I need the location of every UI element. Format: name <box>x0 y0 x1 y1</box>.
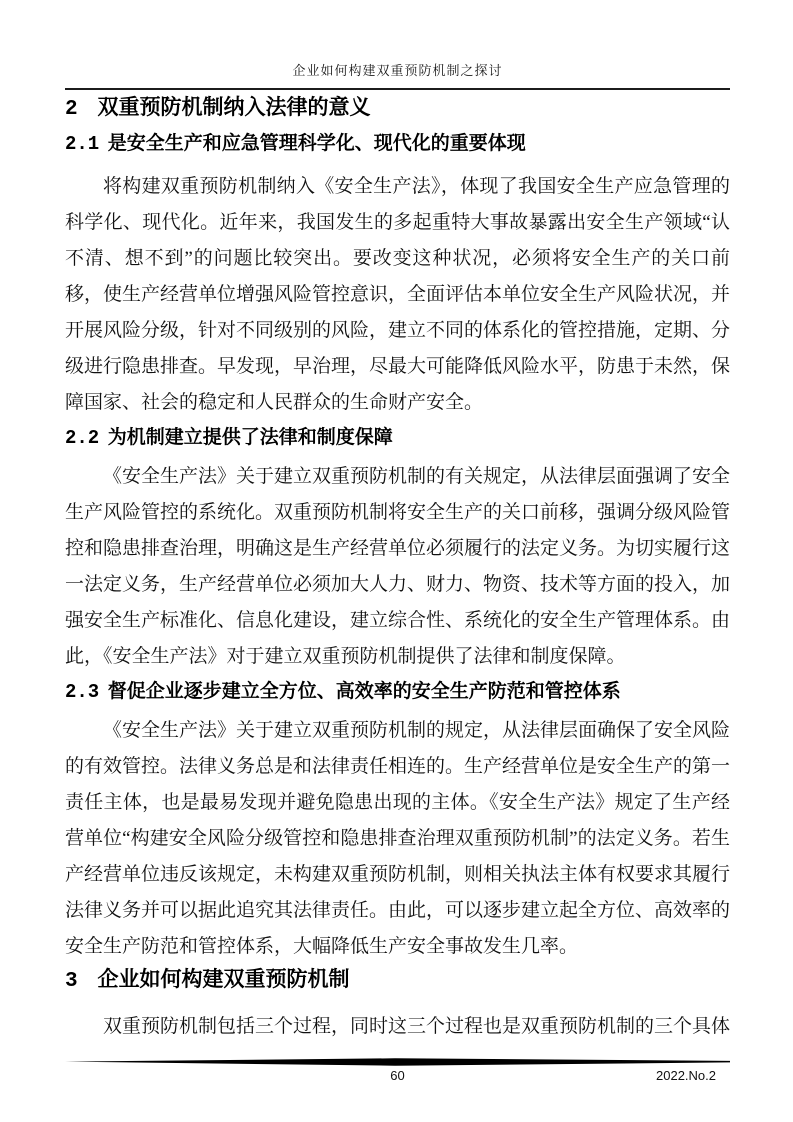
header-rule <box>65 88 730 90</box>
heading-section-3-title: 企业如何构建双重预防机制 <box>98 968 350 991</box>
heading-section-2-2-number: 2.2 <box>65 427 99 449</box>
heading-section-2: 2双重预防机制纳入法律的意义 <box>65 95 730 123</box>
page-number: 60 <box>65 1068 730 1083</box>
paragraph-section-2-3: 《安全生产法》关于建立双重预防机制的规定，从法律层面确保了安全风险的有效管控。法… <box>65 713 730 965</box>
heading-section-2-2: 2.2为机制建立提供了法律和制度保障 <box>65 425 730 451</box>
footer-rule-bar <box>65 1058 730 1066</box>
heading-section-2-2-title: 为机制建立提供了法律和制度保障 <box>108 427 393 448</box>
document-page: 企业如何构建双重预防机制之探讨 2双重预防机制纳入法律的意义 2.1是安全生产和… <box>0 0 793 1122</box>
running-head-title: 企业如何构建双重预防机制之探讨 <box>65 62 730 80</box>
paragraph-section-2-2: 《安全生产法》关于建立双重预防机制的有关规定，从法律层面强调了安全生产风险管控的… <box>65 459 730 675</box>
heading-section-2-1-number: 2.1 <box>65 133 99 155</box>
heading-section-3: 3企业如何构建双重预防机制 <box>65 967 730 995</box>
heading-section-3-number: 3 <box>65 970 78 993</box>
heading-section-2-number: 2 <box>65 98 78 121</box>
heading-section-2-3: 2.3督促企业逐步建立全方位、高效率的安全生产防范和管控体系 <box>65 679 730 705</box>
heading-section-2-3-number: 2.3 <box>65 681 99 703</box>
document-body: 2双重预防机制纳入法律的意义 2.1是安全生产和应急管理科学化、现代化的重要体现… <box>65 95 730 1045</box>
page-footer: 60 2022.No.2 <box>65 1058 730 1086</box>
footer-row: 60 2022.No.2 <box>65 1068 730 1086</box>
heading-section-2-1: 2.1是安全生产和应急管理科学化、现代化的重要体现 <box>65 131 730 157</box>
paragraph-section-3: 双重预防机制包括三个过程，同时这三个过程也是双重预防机制的三个具体 <box>65 1009 730 1045</box>
heading-section-2-1-title: 是安全生产和应急管理科学化、现代化的重要体现 <box>108 133 526 154</box>
issue-label: 2022.No.2 <box>656 1068 716 1083</box>
heading-section-2-title: 双重预防机制纳入法律的意义 <box>98 96 371 119</box>
page-header: 企业如何构建双重预防机制之探讨 <box>65 62 730 90</box>
heading-section-2-3-title: 督促企业逐步建立全方位、高效率的安全生产防范和管控体系 <box>108 681 621 702</box>
paragraph-section-2-1: 将构建双重预防机制纳入《安全生产法》，体现了我国安全生产应急管理的科学化、现代化… <box>65 169 730 421</box>
